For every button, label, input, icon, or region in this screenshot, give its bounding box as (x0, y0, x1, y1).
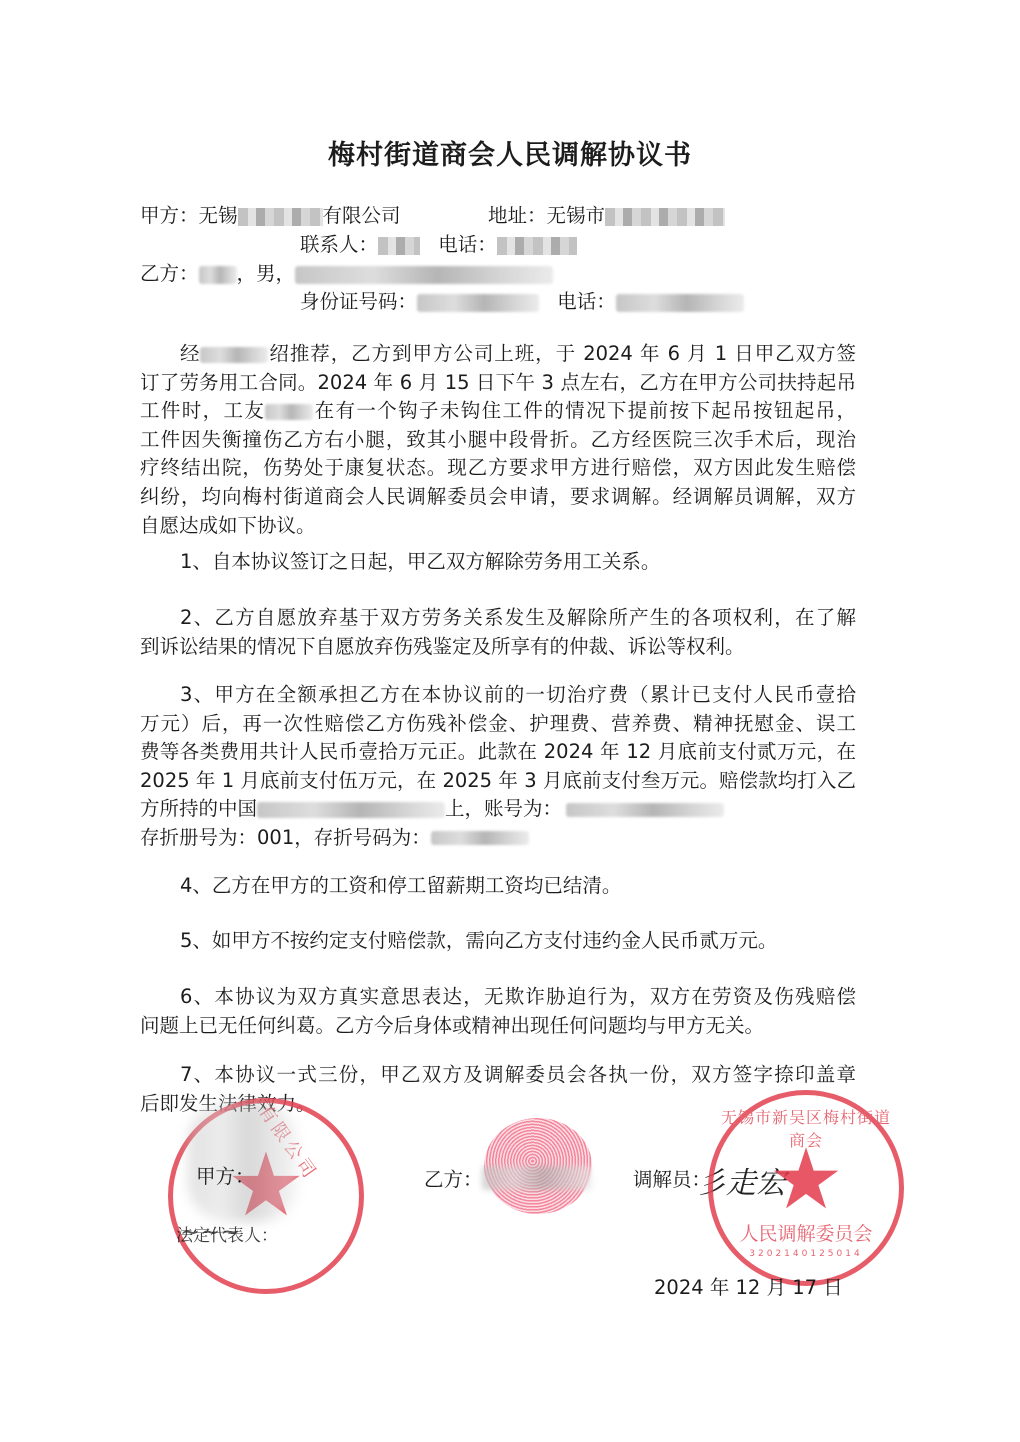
party-a-label: 甲方： (140, 204, 199, 227)
intro-line-3: 工件时，工友在有一个钩子未钩住工件的情况下提前按下起吊按钮起吊， (140, 397, 856, 426)
intro-line-6: 纠纷，均向梅村街道商会人民调解委员会申请，要求调解。经调解员调解，双方 (140, 483, 856, 512)
party-b-gender: ，男， (237, 262, 296, 285)
redacted-company-seal-text (188, 1102, 298, 1222)
party-a-address-line: 地址：无锡市 (488, 202, 725, 230)
redacted-referrer (200, 347, 268, 363)
redacted-bank-name (257, 802, 445, 818)
clause-1: 1、自本协议签订之日起，甲乙双方解除劳务用工关系。 (140, 548, 856, 577)
signing-date: 2024 年 12 月 17 日 (654, 1274, 843, 1302)
redacted-address (605, 208, 725, 226)
party-b-line: 乙方：，男， (140, 260, 553, 288)
party-a-phone-label: 电话： (438, 233, 497, 256)
party-a-line: 甲方：无锡有限公司 (140, 202, 401, 230)
intro-line-1: 经绍推荐，乙方到甲方公司上班，于 2024 年 6 月 1 日甲乙双方签 (140, 340, 856, 369)
redacted-party-b-signature (482, 1166, 592, 1190)
redacted-id-number (417, 294, 539, 312)
intro-line-4: 工件因失衡撞伤乙方右小腿，致其小腿中段骨折。乙方经医院三次手术后，现治 (140, 426, 856, 455)
mediation-committee-seal: ★ 无锡市新吴区梅村街道商会 人民调解委员会 3202140125014 (708, 1090, 904, 1286)
clause-3: 3、甲方在全额承担乙方在本协议前的一切治疗费（累计已支付人民币壹拾 万元）后，再… (140, 681, 856, 853)
intro-line-5: 疗终结出院，伤势处于康复状态。现乙方要求甲方进行赔偿，双方因此发生赔偿 (140, 454, 856, 483)
committee-seal-arc-text: 无锡市新吴区梅村街道商会 (719, 1105, 893, 1151)
redacted-party-b-phone (616, 294, 744, 312)
agreement-page: 梅村街道商会人民调解协议书 甲方：无锡有限公司 地址：无锡市 联系人： 电话： … (0, 0, 1020, 1442)
redacted-company-name (238, 208, 323, 226)
committee-seal-code: 3202140125014 (713, 1249, 899, 1259)
address-label: 地址： (488, 204, 547, 227)
redacted-coworker (265, 404, 313, 420)
clause-3-passbook-line: 存折册号为：001，存折号码为： (140, 824, 856, 853)
party-b-sign-label: 乙方： (424, 1166, 483, 1194)
clause-4: 4、乙方在甲方的工资和停工留薪期工资均已结清。 (140, 872, 856, 901)
party-b-label: 乙方： (140, 262, 199, 285)
redacted-passbook-number (431, 831, 529, 845)
intro-line-2: 订了劳务用工合同。2024 年 6 月 15 日下午 3 点左右，乙方在甲方公司… (140, 369, 856, 398)
contact-label: 联系人： (300, 233, 378, 256)
clause-2: 2、乙方自愿放弃基于双方劳务关系发生及解除所产生的各项权利，在了解 到诉讼结果的… (140, 604, 856, 661)
redacted-contact (378, 237, 420, 255)
document-title: 梅村街道商会人民调解协议书 (0, 133, 1020, 172)
party-b-phone-label: 电话： (557, 290, 616, 313)
clause-6: 6、本协议为双方真实意思表达，无欺诈胁迫行为，双方在劳资及伤残赔偿 问题上已无任… (140, 983, 856, 1040)
intro-paragraph: 经绍推荐，乙方到甲方公司上班，于 2024 年 6 月 1 日甲乙双方签 订了劳… (140, 340, 856, 540)
address-prefix: 无锡市 (547, 204, 606, 227)
clause-5: 5、如甲方不按约定支付赔偿款，需向乙方支付违约金人民币贰万元。 (140, 927, 856, 956)
redacted-account-number (566, 803, 724, 817)
party-a-name-prefix: 无锡 (199, 204, 238, 227)
intro-line-7: 自愿达成如下协议。 (140, 512, 856, 541)
redacted-party-b-name (199, 266, 237, 284)
id-label: 身份证号码： (300, 290, 417, 313)
party-a-contact-line: 联系人： 电话： (300, 231, 577, 259)
party-a-sign-label: 甲方： (196, 1163, 255, 1191)
clause-3-bank-line: 方所持的中国上，账号为： (140, 795, 856, 824)
party-a-name-suffix: 有限公司 (323, 204, 401, 227)
committee-seal-bottom-text: 人民调解委员会 (713, 1219, 899, 1246)
legal-rep-signature: ~~~ (180, 1218, 240, 1246)
party-b-id-line: 身份证号码： 电话： (300, 288, 744, 316)
redacted-party-b-address (295, 266, 553, 284)
redacted-party-a-phone (497, 237, 577, 255)
